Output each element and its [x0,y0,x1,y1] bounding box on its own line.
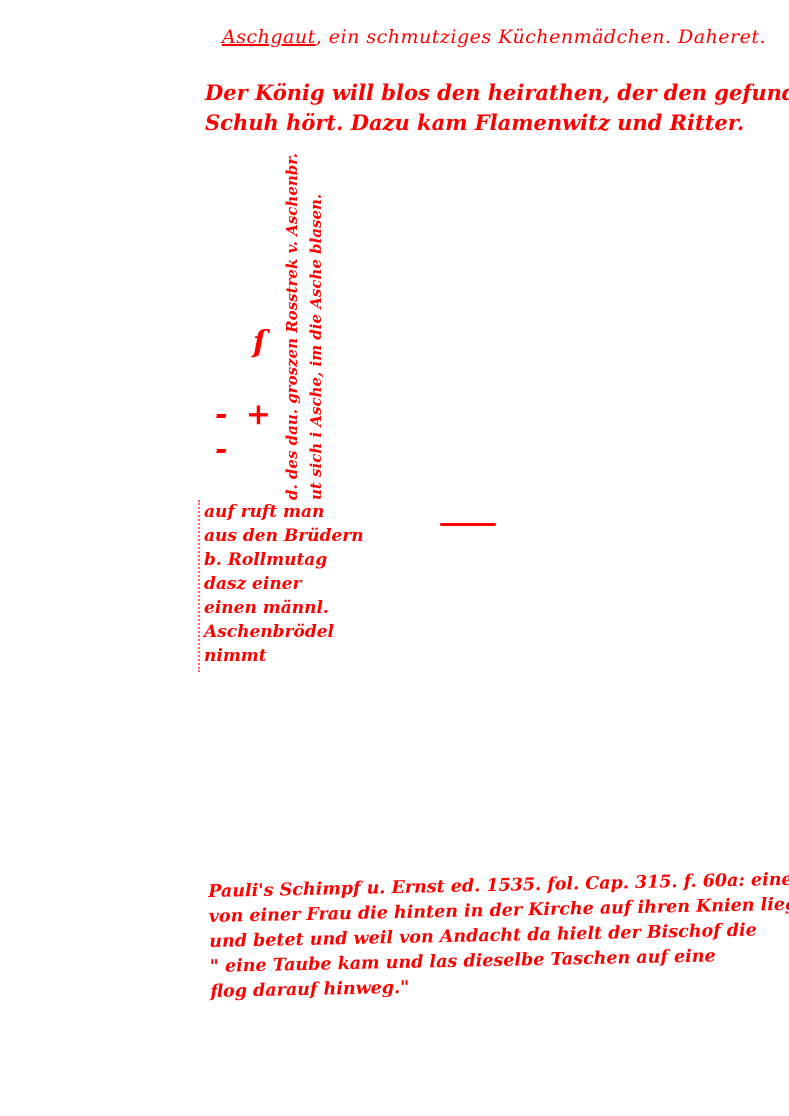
title-line: Aschgaut, ein schmutziges Küchenmädchen.… [222,26,727,66]
title-rest: , ein schmutziges Küchenmädchen. Daheret… [316,26,766,48]
column-note: auf ruft man aus den Brüdern b. Rollmuta… [198,500,344,672]
paragraph-1-line-1: Der König will blos den heirathen, der d… [205,78,780,108]
column-note-line: b. Rollmutag [204,548,344,572]
margin-mark-long-s: ſ [253,325,266,360]
column-note-line: Aschenbrödel [204,620,344,644]
vertical-note-line-1: d. des dau. groszen Rosstrek v. Aschenbr… [280,160,304,500]
column-note-line: einen männl. [204,596,344,620]
paragraph-1: Der König will blos den heirathen, der d… [205,78,780,150]
column-note-line: aus den Brüdern [204,524,344,548]
vertical-margin-note: d. des dau. groszen Rosstrek v. Aschenbr… [280,160,336,500]
column-note-line: auf ruft man [204,500,344,524]
margin-mark-cross: - + - [215,397,280,467]
title-underlined-word: Aschgaut [222,26,316,48]
margin-marks: ſ - + - [205,325,280,445]
vertical-note-line-2: ut sich i Asche, im die Asche blasen. [304,160,328,500]
column-note-line: nimmt [204,644,344,668]
footnote-paragraph: Pauli's Schimpf u. Ernst ed. 1535. fol. … [208,868,786,1008]
paragraph-1-line-2: Schuh hört. Dazu kam Flamenwitz und Ritt… [205,108,780,138]
column-note-line: dasz einer [204,572,344,596]
separator-dash [440,523,496,526]
